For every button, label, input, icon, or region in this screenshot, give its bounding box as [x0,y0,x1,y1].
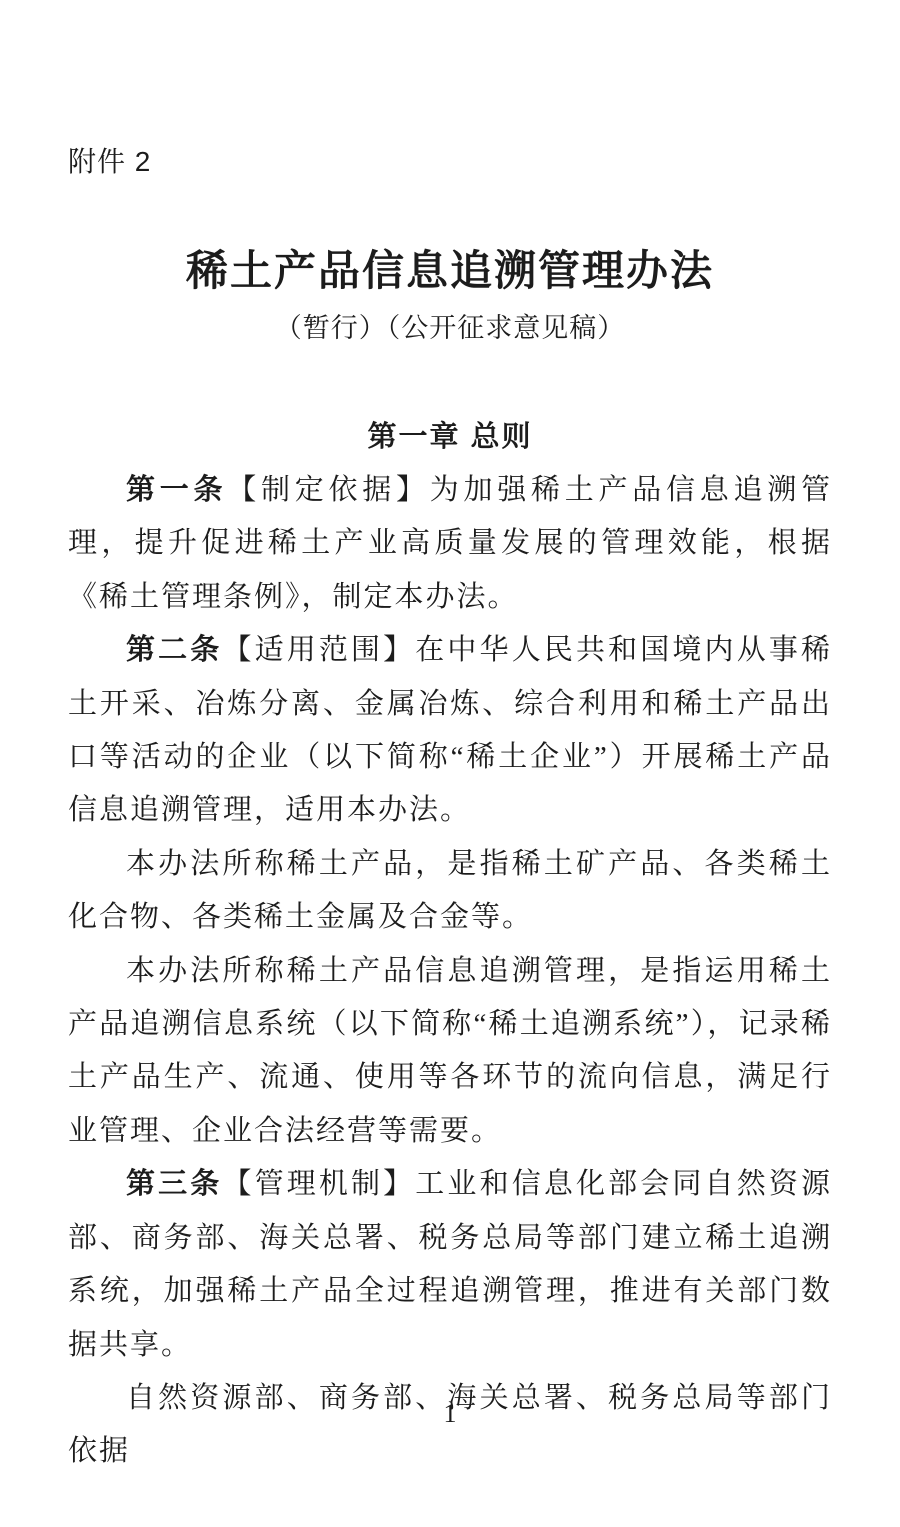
paragraph: 本办法所称稀土产品信息追溯管理，是指运用稀土产品追溯信息系统（以下简称“稀土追溯… [68,945,832,1159]
paragraph: 本办法所称稀土产品，是指稀土矿产品、各类稀土化合物、各类稀土金属及合金等。 [68,838,832,945]
article-number: 第一条 [126,474,227,506]
paragraph: 第二条【适用范围】在中华人民共和国境内从事稀土开采、冶炼分离、金属冶炼、综合利用… [68,624,832,838]
page-number: 1 [0,1399,900,1429]
document-subtitle: （暂行）（公开征求意见稿） [0,306,900,345]
paragraph: 第三条【管理机制】工业和信息化部会同自然资源部、商务部、海关总署、税务总局等部门… [68,1158,832,1372]
chapter-heading: 第一章 总则 [0,414,900,455]
paragraph: 第一条【制定依据】为加强稀土产品信息追溯管理，提升促进稀土产业高质量发展的管理效… [68,464,832,624]
article-number: 第三条 [126,1168,222,1200]
article-number: 第二条 [126,634,222,666]
paragraph-text: 本办法所称稀土产品信息追溯管理，是指运用稀土产品追溯信息系统（以下简称“稀土追溯… [68,955,832,1147]
paragraph-text: 本办法所称稀土产品，是指稀土矿产品、各类稀土化合物、各类稀土金属及合金等。 [68,848,832,933]
document-body: 第一条【制定依据】为加强稀土产品信息追溯管理，提升促进稀土产业高质量发展的管理效… [68,464,832,1479]
document-page: 附件 2 稀土产品信息追溯管理办法 （暂行）（公开征求意见稿） 第一章 总则 第… [0,0,900,1527]
attachment-label: 附件 2 [68,140,151,180]
document-title: 稀土产品信息追溯管理办法 [0,238,900,298]
